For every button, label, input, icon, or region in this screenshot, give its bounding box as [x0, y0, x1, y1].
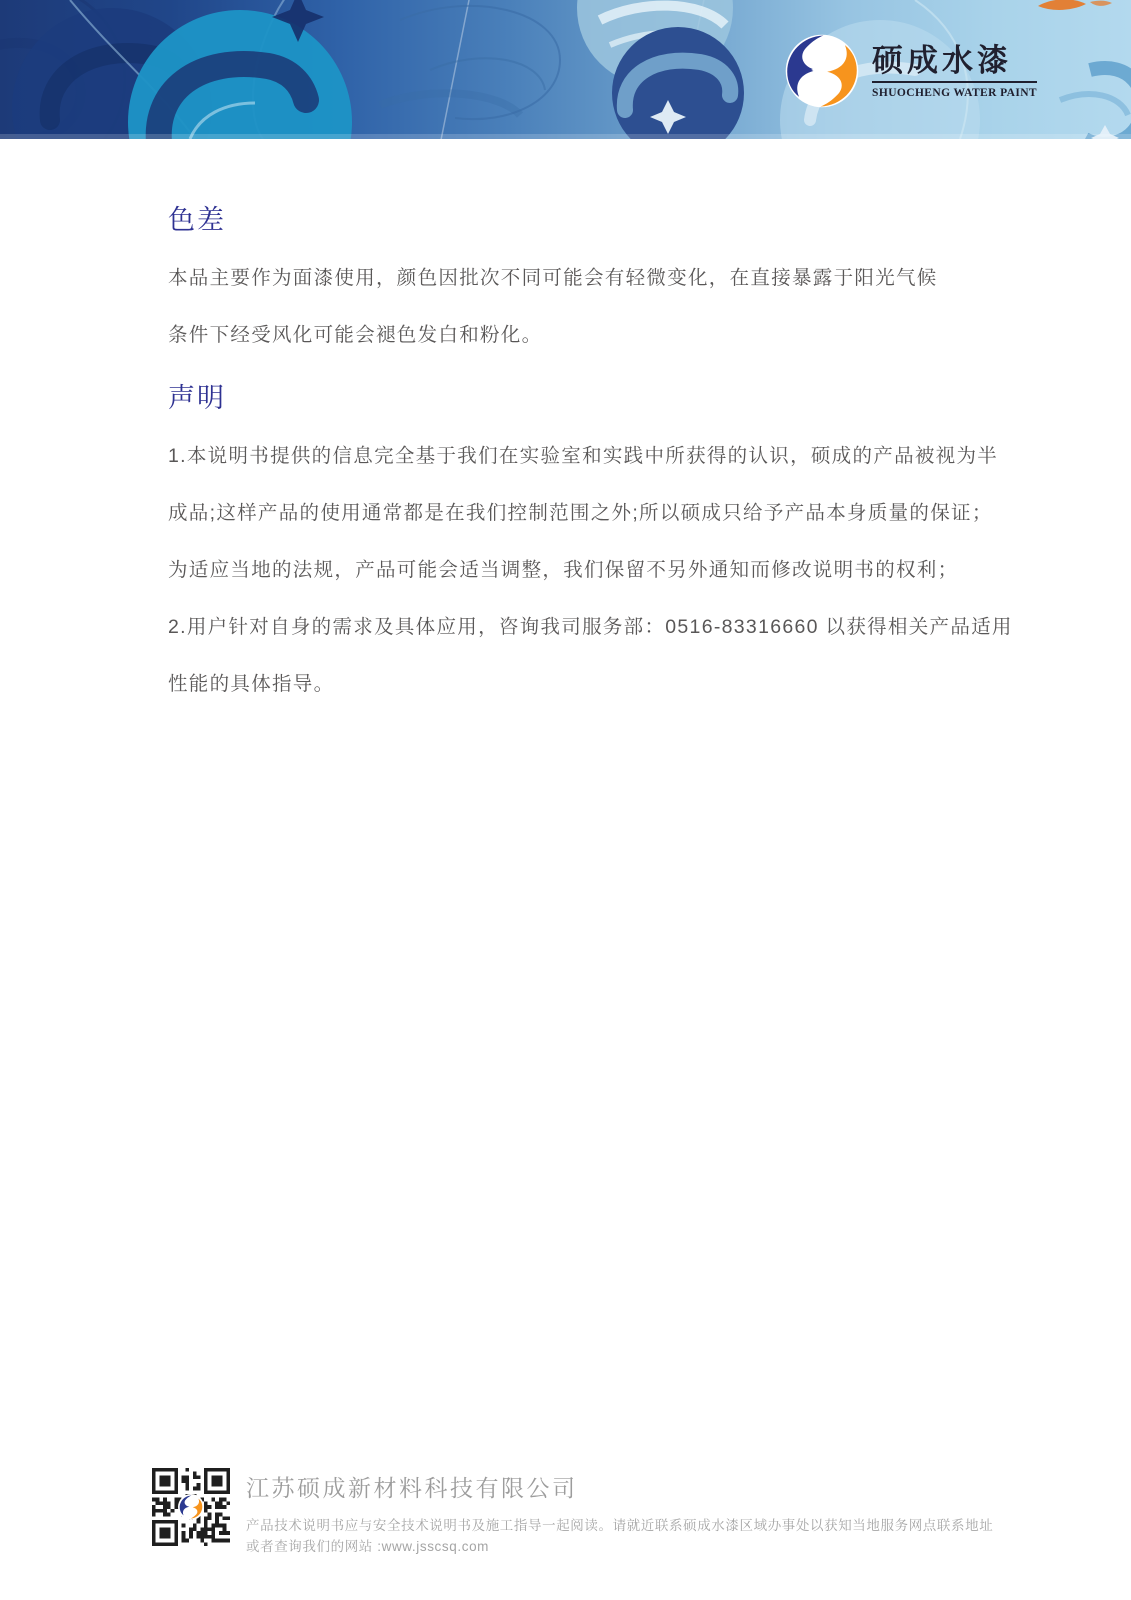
- footer-note-line: 或者查询我们的网站 :www.jsscsq.com: [246, 1536, 993, 1557]
- body-line: 性能的具体指导。: [168, 656, 968, 713]
- body-line: 成品;这样产品的使用通常都是在我们控制范围之外;所以硕成只给予产品本身质量的保证…: [168, 485, 968, 542]
- body-line: 2.用户针对自身的需求及具体应用，咨询我司服务部：0516-83316660 以…: [168, 599, 968, 656]
- body-line: 本品主要作为面漆使用，颜色因批次不同可能会有轻微变化，在直接暴露于阳光气候: [168, 250, 968, 307]
- section-heading: 色差: [168, 202, 968, 238]
- brand-logo: 硕成水漆 SHUOCHENG WATER PAINT: [785, 34, 1037, 108]
- section-color-difference: 色差 本品主要作为面漆使用，颜色因批次不同可能会有轻微变化，在直接暴露于阳光气候…: [168, 202, 968, 364]
- document-body: 色差 本品主要作为面漆使用，颜色因批次不同可能会有轻微变化，在直接暴露于阳光气候…: [168, 139, 968, 713]
- body-line: 条件下经受风化可能会褪色发白和粉化。: [168, 307, 968, 364]
- section-paragraph: 本品主要作为面漆使用，颜色因批次不同可能会有轻微变化，在直接暴露于阳光气候 条件…: [168, 250, 968, 364]
- footer: 江苏硕成新材料科技有限公司 产品技术说明书应与安全技术说明书及施工指导一起阅读。…: [152, 1468, 982, 1557]
- brand-text: 硕成水漆 SHUOCHENG WATER PAINT: [872, 43, 1037, 100]
- brand-name-cn: 硕成水漆: [872, 43, 1037, 79]
- brand-name-en: SHUOCHENG WATER PAINT: [872, 87, 1037, 100]
- page: 硕成水漆 SHUOCHENG WATER PAINT 色差 本品主要作为面漆使用…: [0, 0, 1131, 1600]
- brand-divider: [872, 81, 1037, 83]
- qr-center-logo-icon: [178, 1494, 204, 1520]
- header-banner: 硕成水漆 SHUOCHENG WATER PAINT: [0, 0, 1131, 139]
- body-line: 为适应当地的法规，产品可能会适当调整，我们保留不另外通知而修改说明书的权利；: [168, 542, 968, 599]
- section-paragraph: 1.本说明书提供的信息完全基于我们在实验室和实践中所获得的认识，硕成的产品被视为…: [168, 428, 968, 713]
- company-name: 江苏硕成新材料科技有限公司: [246, 1470, 993, 1503]
- body-line: 1.本说明书提供的信息完全基于我们在实验室和实践中所获得的认识，硕成的产品被视为…: [168, 428, 968, 485]
- footer-info: 江苏硕成新材料科技有限公司 产品技术说明书应与安全技术说明书及施工指导一起阅读。…: [246, 1468, 993, 1557]
- section-statement: 声明 1.本说明书提供的信息完全基于我们在实验室和实践中所获得的认识，硕成的产品…: [168, 380, 968, 713]
- qr-code: [152, 1468, 230, 1546]
- brand-emblem-icon: [785, 34, 859, 108]
- section-heading: 声明: [168, 380, 968, 416]
- footer-note-line: 产品技术说明书应与安全技术说明书及施工指导一起阅读。请就近联系硕成水漆区域办事处…: [246, 1515, 993, 1536]
